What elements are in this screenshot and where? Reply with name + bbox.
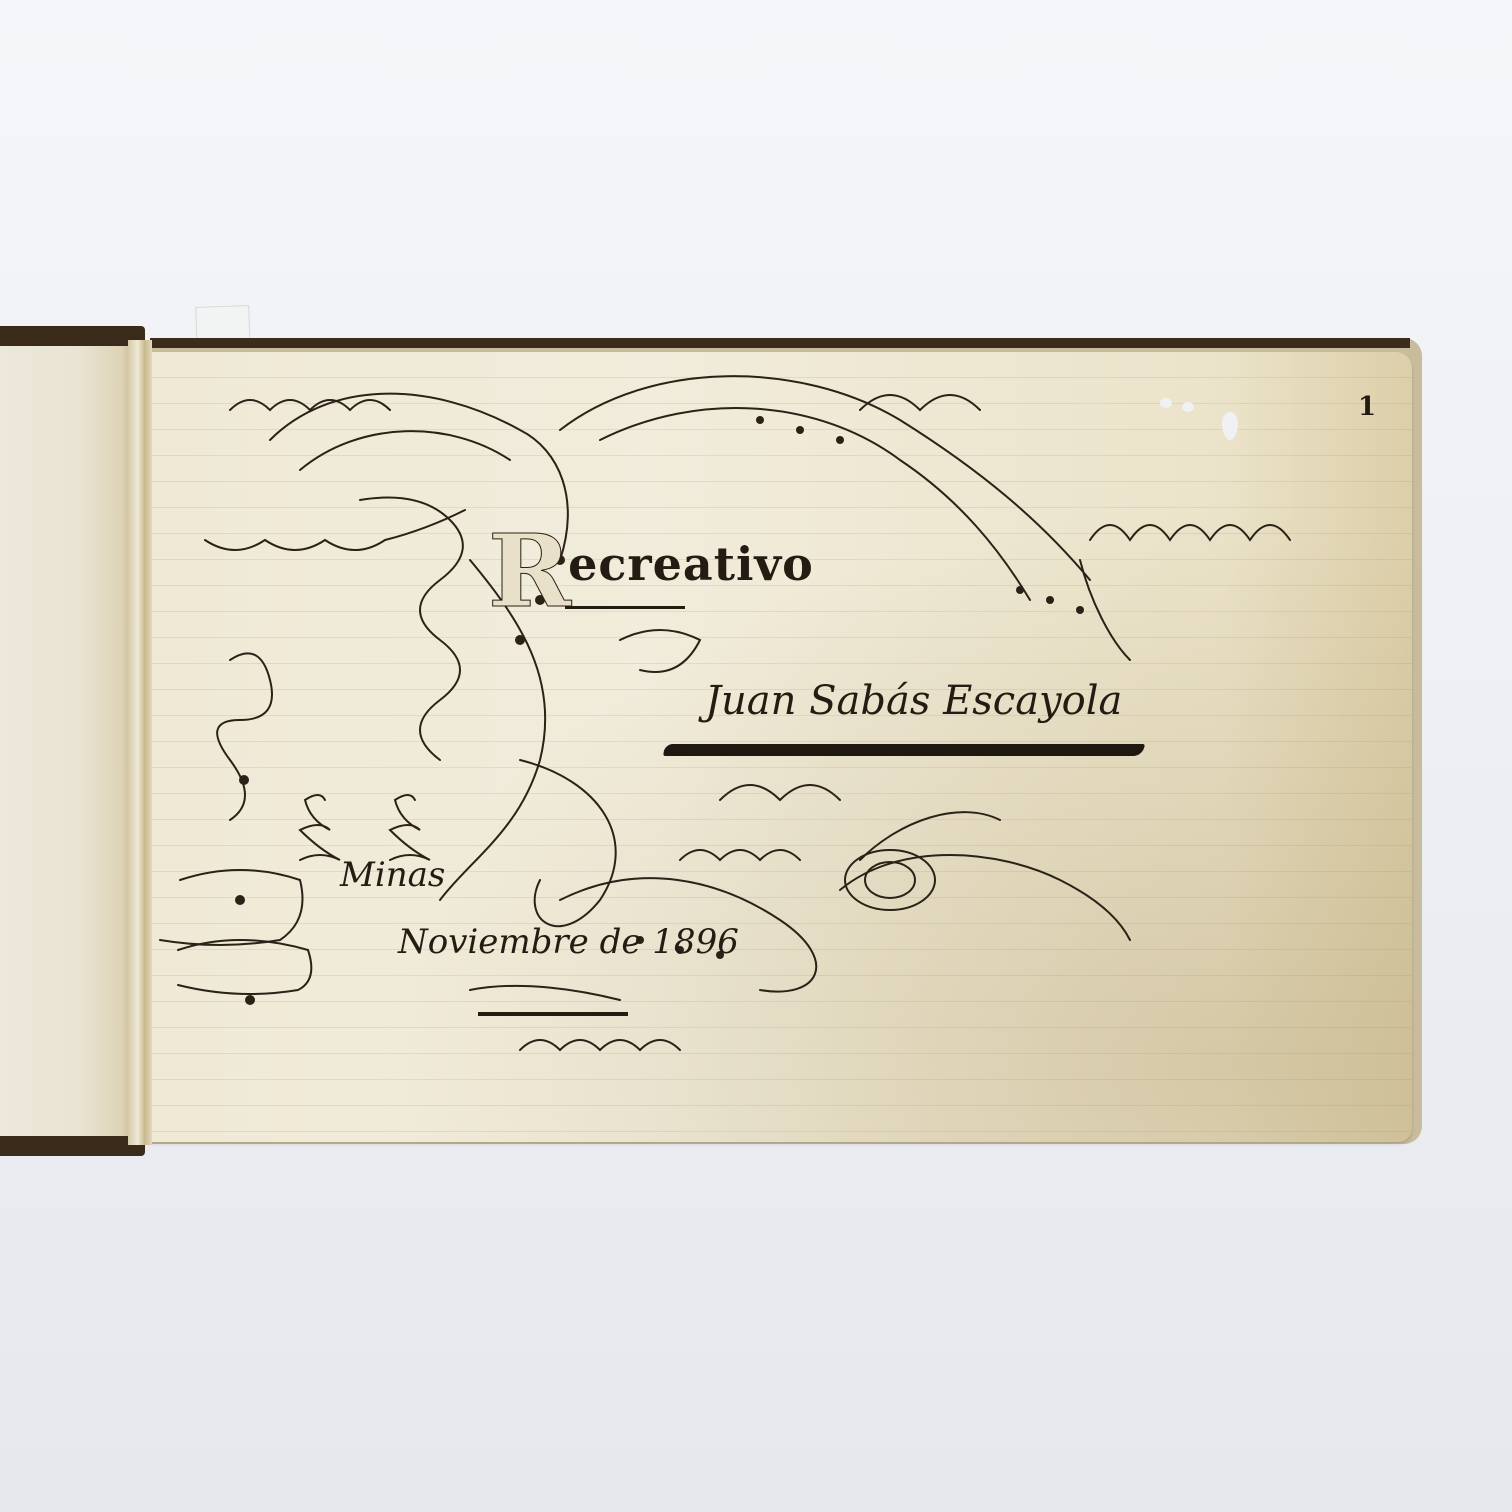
page-title: Recreativo [488, 486, 814, 604]
page-number: 1 [1358, 392, 1376, 422]
calligraphic-flourishes [0, 0, 1512, 1512]
name-underline [663, 744, 1145, 756]
date-underline [478, 1012, 628, 1016]
owner-name: Juan Sabás Escayola [705, 678, 1122, 724]
date-text: Noviembre de 1896 [398, 922, 739, 962]
place-text: Minas [340, 855, 445, 895]
title-initial: R [488, 512, 572, 630]
title-text: ecreativo [568, 537, 814, 591]
title-underline [565, 606, 685, 609]
